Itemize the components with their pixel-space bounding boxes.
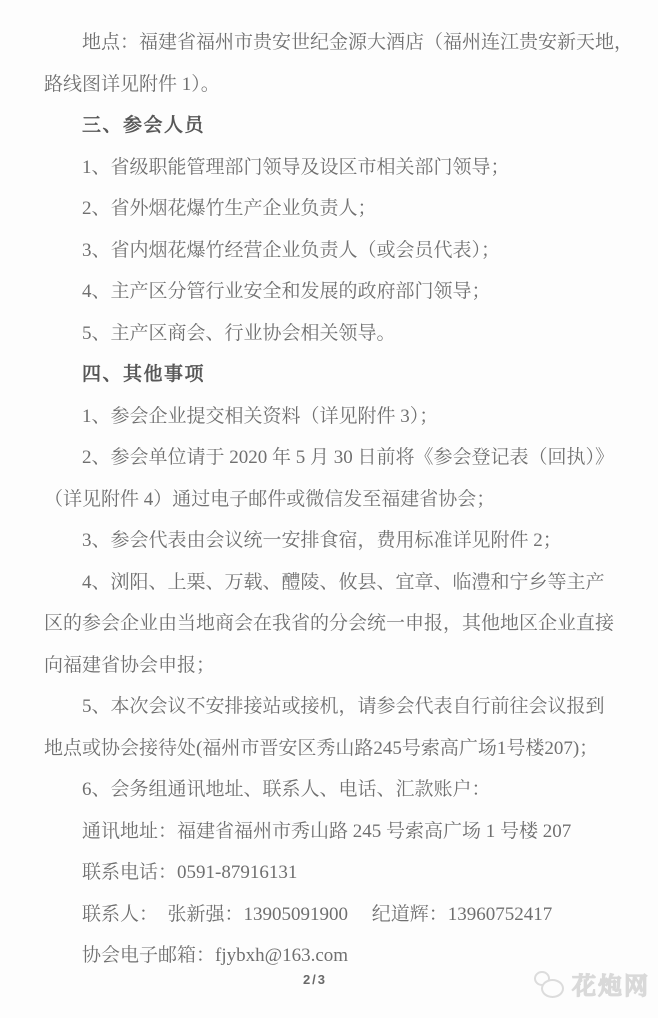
watermark: 花炮网 [533,966,650,1001]
doc-line: 3、省内烟花爆竹经营企业负责人（或会员代表）； [44,230,640,272]
doc-line: 5、主产区商会、行业协会相关领导。 [44,313,640,355]
doc-line: 4、浏阳、上栗、万载、醴陵、攸县、宜章、临澧和宁乡等主产 [44,562,640,604]
contact-phone-line: 联系电话：0591-87916131 [44,852,640,894]
doc-line: 1、参会企业提交相关资料（详见附件 3）； [44,396,640,438]
document-body: 地点：福建省福州市贵安世纪金源大酒店（福州连江贵安新天地， 路线图详见附件 1）… [44,22,640,977]
doc-line: 5、本次会议不安排接站或接机，请参会代表自行前往会议报到 [44,686,640,728]
doc-line: （详见附件 4）通过电子邮件或微信发至福建省协会； [44,479,640,521]
scanned-document-page: 地点：福建省福州市贵安世纪金源大酒店（福州连江贵安新天地， 路线图详见附件 1）… [0,0,658,1018]
contact-address-line: 通讯地址：福建省福州市秀山路 245 号索高广场 1 号楼 207 [44,811,640,853]
doc-line: 4、主产区分管行业安全和发展的政府部门领导； [44,271,640,313]
doc-line: 向福建省协会申报； [44,645,640,687]
doc-line: 2、参会单位请于 2020 年 5 月 30 日前将《参会登记表（回执）》 [44,437,640,479]
watermark-text: 花炮网 [572,966,650,1001]
contact-persons-line: 联系人： 张新强：13905091900 纪道辉：13960752417 [44,894,640,936]
doc-line: 地点或协会接待处(福州市晋安区秀山路245号索高广场1号楼207)； [44,728,640,770]
doc-line: 地点：福建省福州市贵安世纪金源大酒店（福州连江贵安新天地， [44,22,640,64]
section-heading-3: 三、参会人员 [44,105,640,147]
doc-line: 路线图详见附件 1）。 [44,64,640,106]
section-heading-4: 四、其他事项 [44,354,640,396]
huapao-site-logo-icon [533,968,567,1000]
doc-line: 1、省级职能管理部门领导及设区市相关部门领导； [44,147,640,189]
doc-line: 区的参会企业由当地商会在我省的分会统一申报，其他地区企业直接 [44,603,640,645]
doc-line: 3、参会代表由会议统一安排食宿，费用标准详见附件 2； [44,520,640,562]
doc-line: 6、会务组通讯地址、联系人、电话、汇款账户： [44,769,640,811]
doc-line: 2、省外烟花爆竹生产企业负责人； [44,188,640,230]
